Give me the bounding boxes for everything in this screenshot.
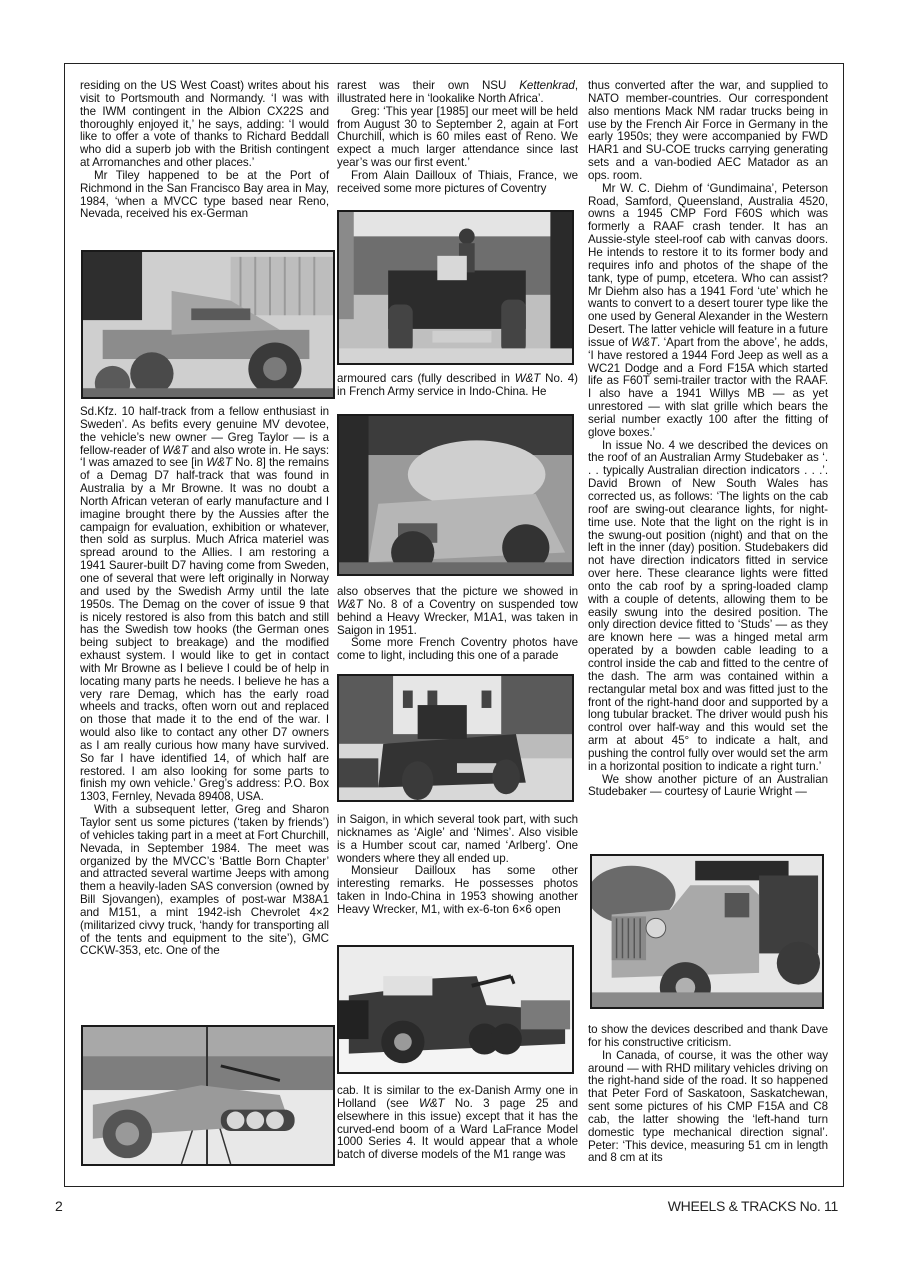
paragraph: also observes that the picture we showed…: [337, 586, 578, 637]
paragraph: We show another picture of an Australian…: [588, 774, 828, 800]
armoured-car-photo-icon: [339, 212, 572, 363]
paragraph: Some more French Coventry photos have co…: [337, 637, 578, 663]
photo-studebaker: [590, 854, 824, 1009]
paragraph: With a subsequent letter, Greg and Sharo…: [80, 804, 329, 958]
column-1-middle: Sd.Kfz. 10 half-track from a fellow enth…: [80, 406, 329, 958]
paragraph: rarest was their own NSU Kettenkrad, ill…: [337, 80, 578, 106]
paragraph: From Alain Dailloux of Thiais, France, w…: [337, 170, 578, 196]
paragraph: in Saigon, in which several took part, w…: [337, 814, 578, 865]
studebaker-photo-icon: [592, 856, 822, 1007]
paragraph: In Canada, of course, it was the other w…: [588, 1050, 828, 1166]
paragraph: cab. It is similar to the ex-Danish Army…: [337, 1085, 578, 1162]
photo-armoured-car-front: [337, 414, 574, 576]
wrecker-photo-icon: [339, 947, 572, 1072]
photo-armoured-car: [337, 210, 574, 365]
halftrack-photo-icon: [83, 252, 333, 397]
photo-wrecker: [337, 945, 574, 1074]
paragraph: Mr W. C. Diehm of ‘Gundimaina’, Peterson…: [588, 183, 828, 440]
photo-parade: [337, 674, 574, 802]
parade-photo-icon: [339, 676, 572, 800]
paragraph: Greg: ‘This year [1985] our meet will be…: [337, 106, 578, 170]
running-footer: WHEELS & TRACKS No. 11: [668, 1198, 838, 1214]
paragraph: Monsieur Dailloux has some other interes…: [337, 865, 578, 916]
column-1-top: residing on the US West Coast) writes ab…: [80, 80, 329, 221]
column-3-top: thus converted after the war, and suppli…: [588, 80, 828, 799]
paragraph: armoured cars (fully described in W&T No…: [337, 373, 578, 399]
paragraph: In issue No. 4 we described the devices …: [588, 440, 828, 774]
armoured-car-front-photo-icon: [339, 416, 572, 574]
kettenkrad-photo-icon: [83, 1027, 333, 1164]
paragraph: thus converted after the war, and suppli…: [588, 80, 828, 183]
photo-kettenkrad: [81, 1025, 335, 1166]
paragraph: Sd.Kfz. 10 half-track from a fellow enth…: [80, 406, 329, 804]
column-2-lower: in Saigon, in which several took part, w…: [337, 814, 578, 917]
paragraph: residing on the US West Coast) writes ab…: [80, 80, 329, 170]
column-2-top: rarest was their own NSU Kettenkrad, ill…: [337, 80, 578, 196]
photo-halftrack: [81, 250, 335, 399]
paragraph: Mr Tiley happened to be at the Port of R…: [80, 170, 329, 221]
column-3-bottom: to show the devices described and thank …: [588, 1024, 828, 1165]
column-2-middle: also observes that the picture we showed…: [337, 586, 578, 663]
column-2-caption-1: armoured cars (fully described in W&T No…: [337, 373, 578, 399]
column-2-bottom: cab. It is similar to the ex-Danish Army…: [337, 1085, 578, 1162]
page-number: 2: [55, 1198, 63, 1214]
paragraph: to show the devices described and thank …: [588, 1024, 828, 1050]
